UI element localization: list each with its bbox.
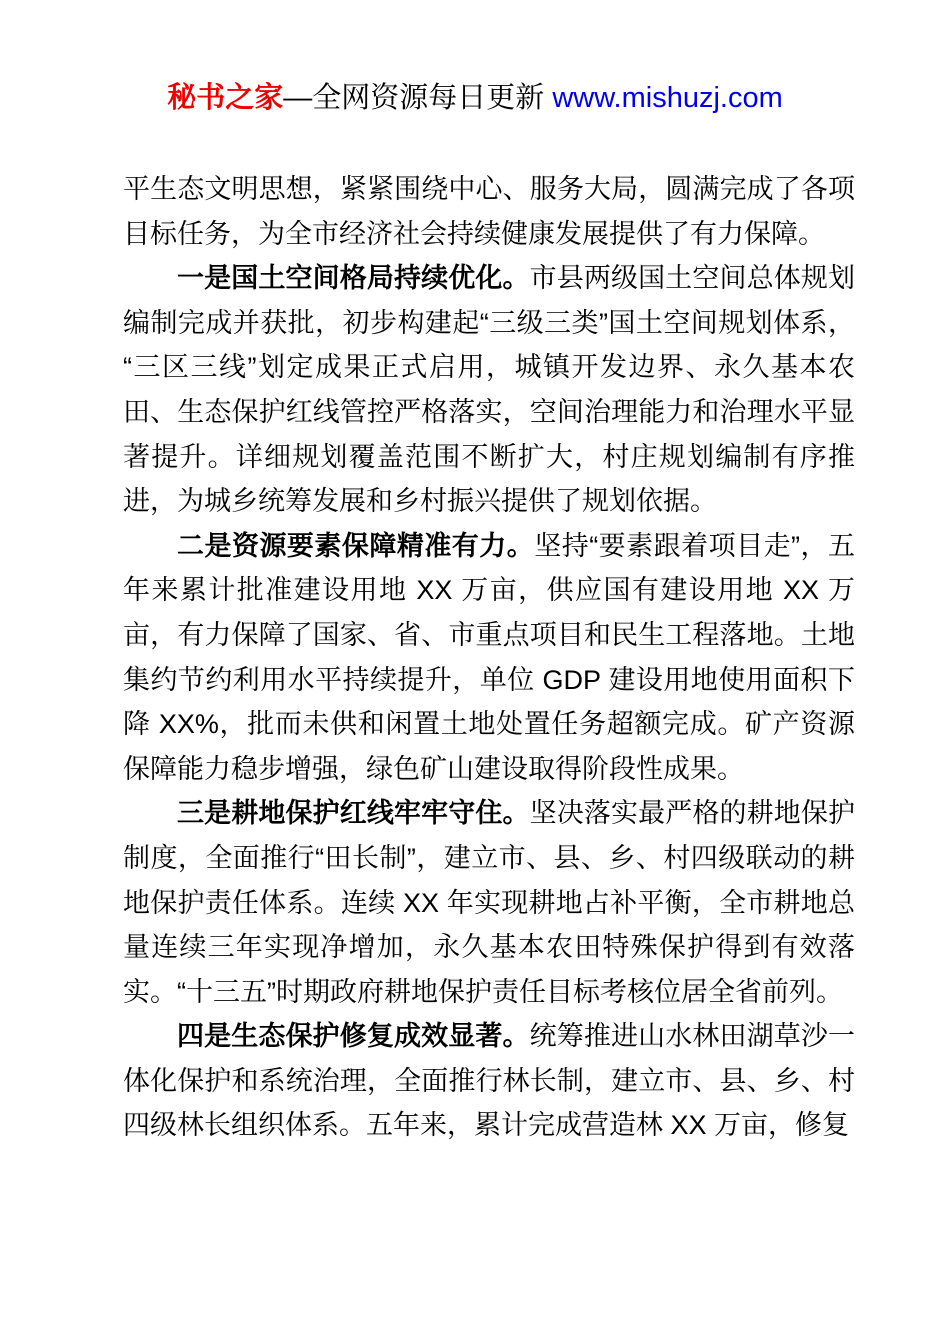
header-tagline: 全网资源每日更新 bbox=[312, 82, 552, 114]
paragraph: 平生态文明思想，紧紧围绕中心、服务大局，圆满完成了各项目标任务，为全市经济社会持… bbox=[123, 167, 855, 256]
paragraph-text: 平生态文明思想，紧紧围绕中心、服务大局，圆满完成了各项目标任务，为全市经济社会持… bbox=[123, 174, 855, 249]
document-header: 秘书之家—全网资源每日更新 www.mishuzj.com bbox=[0, 78, 950, 118]
paragraph: 二是资源要素保障精准有力。坚持“要素跟着项目走”，五年来累计批准建设用地 XX … bbox=[123, 524, 855, 792]
document-body: 平生态文明思想，紧紧围绕中心、服务大局，圆满完成了各项目标任务，为全市经济社会持… bbox=[123, 167, 855, 1148]
header-separator: — bbox=[283, 82, 312, 114]
paragraph-text: 坚持“要素跟着项目走”，五年来累计批准建设用地 XX 万亩，供应国有建设用地 X… bbox=[123, 531, 855, 784]
paragraph-lead: 四是生态保护修复成效显著。 bbox=[177, 1021, 530, 1051]
paragraph: 一是国土空间格局持续优化。市县两级国土空间总体规划编制完成并获批，初步构建起“三… bbox=[123, 256, 855, 524]
paragraph-lead: 二是资源要素保障精准有力。 bbox=[177, 531, 534, 561]
paragraph-lead: 三是耕地保护红线牢牢守住。 bbox=[177, 798, 530, 828]
paragraph: 三是耕地保护红线牢牢守住。坚决落实最严格的耕地保护制度，全面推行“田长制”，建立… bbox=[123, 791, 855, 1014]
document-page: 秘书之家—全网资源每日更新 www.mishuzj.com 平生态文明思想，紧紧… bbox=[0, 0, 950, 1344]
paragraph-text: 市县两级国土空间总体规划编制完成并获批，初步构建起“三级三类”国土空间规划体系，… bbox=[123, 263, 855, 516]
paragraph-lead: 一是国土空间格局持续优化。 bbox=[177, 263, 530, 293]
site-url-link[interactable]: www.mishuzj.com bbox=[552, 82, 782, 114]
site-name: 秘书之家 bbox=[167, 82, 283, 114]
paragraph: 四是生态保护修复成效显著。统筹推进山水林田湖草沙一体化保护和系统治理，全面推行林… bbox=[123, 1014, 855, 1148]
paragraph-text: 坚决落实最严格的耕地保护制度，全面推行“田长制”，建立市、县、乡、村四级联动的耕… bbox=[123, 798, 855, 1006]
